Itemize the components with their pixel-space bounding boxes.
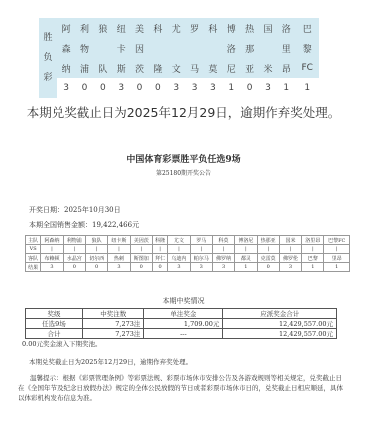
match-result: 3 bbox=[185, 78, 203, 98]
team-name-char: 莫 bbox=[204, 58, 222, 78]
match-result: 1 bbox=[277, 78, 295, 98]
match-result: 0 bbox=[240, 78, 258, 98]
cell: | bbox=[324, 245, 350, 254]
cell: 3 bbox=[41, 263, 63, 272]
match-result: 0 bbox=[149, 78, 167, 98]
cell: 巴黎 bbox=[302, 254, 324, 263]
cell: 0 bbox=[152, 263, 167, 272]
table-row: 胜负彩阿利狼纽美科尤罗科博热国洛巴 bbox=[39, 18, 319, 38]
cell: 博洛尼 bbox=[235, 236, 257, 245]
cell: 3 bbox=[279, 263, 301, 272]
cell: 合计 bbox=[26, 329, 83, 339]
cell: 任选9场 bbox=[26, 319, 83, 329]
cell: 1,709.00元 bbox=[144, 319, 223, 329]
match-result: 3 bbox=[57, 78, 75, 98]
match-table: 主队阿森纳利物浦狼队纽卡斯美因茨科隆尤文罗马科莫博洛尼热那亚国米洛里昂巴黎FCV… bbox=[25, 235, 350, 272]
team-name-char: 斯 bbox=[112, 58, 130, 78]
cell: 3 bbox=[108, 263, 130, 272]
team-name-char: 国 bbox=[259, 18, 277, 38]
team-name-char: 卡 bbox=[112, 38, 130, 58]
cell: 狼队 bbox=[85, 236, 107, 245]
team-name-char: 洛 bbox=[277, 18, 295, 38]
cell: 布赖顿 bbox=[41, 254, 63, 263]
cell: | bbox=[302, 245, 324, 254]
team-name-char: 罗 bbox=[185, 18, 203, 38]
cell: 佛罗伦 bbox=[279, 254, 301, 263]
cell: 3 bbox=[212, 263, 234, 272]
cell: 纽卡斯 bbox=[108, 236, 130, 245]
cell: 乌迪内 bbox=[168, 254, 190, 263]
table-row: 森物卡因洛那里黎 bbox=[39, 38, 319, 58]
row-label: 胜负彩 bbox=[39, 18, 57, 98]
cell: | bbox=[190, 245, 212, 254]
pool-note: 0.00元奖金滚入下期奖池。 bbox=[22, 339, 352, 349]
team-name-char: 那 bbox=[240, 38, 258, 58]
team-name-char bbox=[204, 38, 222, 58]
announcement-document: 中国体育彩票胜平负任选9场 第25180期开奖公告 开奖日期：2025年10月3… bbox=[12, 125, 355, 433]
row-label: 客队 bbox=[26, 254, 41, 263]
cell: 国米 bbox=[279, 236, 301, 245]
cell: 科莫 bbox=[212, 236, 234, 245]
team-name-char: 队 bbox=[94, 58, 112, 78]
team-name-char bbox=[167, 38, 185, 58]
prize-section-title: 本期中奖情况 bbox=[12, 296, 355, 306]
cell: 1 bbox=[324, 263, 350, 272]
match-result: 3 bbox=[112, 78, 130, 98]
column-header: 中奖注数 bbox=[83, 309, 144, 319]
team-name-char: FC bbox=[295, 58, 319, 78]
cell: 尤文 bbox=[168, 236, 190, 245]
team-name-char: 昂 bbox=[277, 58, 295, 78]
table-row: 结果30030033310311 bbox=[26, 263, 350, 272]
match-result: 1 bbox=[295, 78, 319, 98]
row-label: 主队 bbox=[26, 236, 41, 245]
column-header: 应派奖金合计 bbox=[223, 309, 337, 319]
table-row: 主队阿森纳利物浦狼队纽卡斯美因茨科隆尤文罗马科莫博洛尼热那亚国米洛里昂巴黎FC bbox=[26, 236, 350, 245]
cell: 热那亚 bbox=[257, 236, 279, 245]
prize-table: 奖级中奖注数单注奖金应派奖金合计任选9场7,273注1,709.00元12,42… bbox=[25, 308, 337, 339]
cell: 0 bbox=[257, 263, 279, 272]
result-summary-table: 胜负彩阿利狼纽美科尤罗科博热国洛巴森物卡因洛那里黎纳浦队斯茨隆文马莫尼亚米昂FC… bbox=[39, 18, 319, 98]
reminder-text: 温馨提示：根据《彩票管理条例》等彩票法规、彩票市场休市安排公告及各游戏规则等相关… bbox=[18, 373, 348, 403]
cell: | bbox=[152, 245, 167, 254]
document-subtitle: 第25180期开奖公告 bbox=[12, 168, 355, 177]
cell: 里昂 bbox=[324, 254, 350, 263]
cell: | bbox=[235, 245, 257, 254]
cell: --- bbox=[144, 329, 223, 339]
match-result: 3 bbox=[204, 78, 222, 98]
cell: 3 bbox=[190, 263, 212, 272]
team-name-char: 森 bbox=[57, 38, 75, 58]
team-name-char: 利 bbox=[75, 18, 93, 38]
team-name-char: 因 bbox=[130, 38, 148, 58]
team-name-char bbox=[149, 38, 167, 58]
cell: 7,273注 bbox=[83, 319, 144, 329]
cell: 巴黎FC bbox=[324, 236, 350, 245]
cell: 利物浦 bbox=[63, 236, 85, 245]
cell: 0 bbox=[63, 263, 85, 272]
team-name-char: 物 bbox=[75, 38, 93, 58]
cell: 罗马 bbox=[190, 236, 212, 245]
match-result: 0 bbox=[130, 78, 148, 98]
cell: 0 bbox=[85, 263, 107, 272]
deadline-text: 本期兑奖截止日为2025年12月29日，逾期作弃奖处理。 bbox=[29, 357, 359, 367]
cell: 12,429,557.00元 bbox=[223, 329, 337, 339]
match-result: 0 bbox=[94, 78, 112, 98]
team-name-char: 狼 bbox=[94, 18, 112, 38]
team-name-char: 热 bbox=[240, 18, 258, 38]
cell: 12,429,557.00元 bbox=[223, 319, 337, 329]
draw-date: 开奖日期：2025年10月30日 bbox=[29, 205, 121, 215]
cell: | bbox=[279, 245, 301, 254]
cell: 帕尔马 bbox=[190, 254, 212, 263]
team-name-char: 黎 bbox=[295, 38, 319, 58]
cell: 美因茨 bbox=[130, 236, 152, 245]
team-name-char: 文 bbox=[167, 58, 185, 78]
team-name-char: 纳 bbox=[57, 58, 75, 78]
cell: 1 bbox=[235, 263, 257, 272]
team-name-char: 科 bbox=[204, 18, 222, 38]
table-row: 30030033310311 bbox=[39, 78, 319, 98]
team-name-char: 尤 bbox=[167, 18, 185, 38]
cell: 斯图加 bbox=[130, 254, 152, 263]
column-header: 单注奖金 bbox=[144, 309, 223, 319]
team-name-char: 米 bbox=[259, 58, 277, 78]
document-title: 中国体育彩票胜平负任选9场 bbox=[12, 152, 355, 165]
cell: | bbox=[168, 245, 190, 254]
cell: | bbox=[85, 245, 107, 254]
cell: 7,273注 bbox=[83, 329, 144, 339]
cell: | bbox=[41, 245, 63, 254]
cell: | bbox=[257, 245, 279, 254]
column-header: 奖级 bbox=[26, 309, 83, 319]
match-result: 1 bbox=[222, 78, 240, 98]
team-name-char: 洛 bbox=[222, 38, 240, 58]
cell: 克雷莫 bbox=[257, 254, 279, 263]
cell: 佛罗纳 bbox=[212, 254, 234, 263]
team-name-char: 隆 bbox=[149, 58, 167, 78]
cell: 0 bbox=[130, 263, 152, 272]
table-row: VS|||||||||||||| bbox=[26, 245, 350, 254]
team-name-char bbox=[185, 38, 203, 58]
team-name-char: 茨 bbox=[130, 58, 148, 78]
cell: 拜仁 bbox=[152, 254, 167, 263]
cell: 洛里昂 bbox=[302, 236, 324, 245]
deadline-notice: 本期兑奖截止日为2025年12月29日，逾期作弃奖处理。 bbox=[0, 103, 367, 121]
team-name-char: 马 bbox=[185, 58, 203, 78]
table-row: 纳浦队斯茨隆文马莫尼亚米昂FC bbox=[39, 58, 319, 78]
team-name-char: 尼 bbox=[222, 58, 240, 78]
cell: 阿森纳 bbox=[41, 236, 63, 245]
table-row: 客队布赖顿水晶宫切尔西热刺斯图加拜仁乌迪内帕尔马佛罗纳都灵克雷莫佛罗伦巴黎里昂 bbox=[26, 254, 350, 263]
team-name-char: 里 bbox=[277, 38, 295, 58]
team-name-char bbox=[94, 38, 112, 58]
cell: 水晶宫 bbox=[63, 254, 85, 263]
team-name-char bbox=[259, 38, 277, 58]
cell: | bbox=[212, 245, 234, 254]
cell: | bbox=[108, 245, 130, 254]
team-name-char: 科 bbox=[149, 18, 167, 38]
sales-amount: 本期全国销售金额：19,422,466元 bbox=[29, 220, 139, 230]
cell: 1 bbox=[302, 263, 324, 272]
team-name-char: 亚 bbox=[240, 58, 258, 78]
cell: 切尔西 bbox=[85, 254, 107, 263]
cell: | bbox=[130, 245, 152, 254]
cell: 都灵 bbox=[235, 254, 257, 263]
match-result: 3 bbox=[167, 78, 185, 98]
table-row: 合计7,273注---12,429,557.00元 bbox=[26, 329, 337, 339]
cell: 科隆 bbox=[152, 236, 167, 245]
cell: | bbox=[63, 245, 85, 254]
team-name-char: 阿 bbox=[57, 18, 75, 38]
row-label: 结果 bbox=[26, 263, 41, 272]
row-label: VS bbox=[26, 245, 41, 254]
cell: 3 bbox=[168, 263, 190, 272]
match-result: 3 bbox=[259, 78, 277, 98]
cell: 热刺 bbox=[108, 254, 130, 263]
team-name-char: 巴 bbox=[295, 18, 319, 38]
team-name-char: 浦 bbox=[75, 58, 93, 78]
table-row: 任选9场7,273注1,709.00元12,429,557.00元 bbox=[26, 319, 337, 329]
team-name-char: 博 bbox=[222, 18, 240, 38]
match-result: 0 bbox=[75, 78, 93, 98]
team-name-char: 美 bbox=[130, 18, 148, 38]
team-name-char: 纽 bbox=[112, 18, 130, 38]
